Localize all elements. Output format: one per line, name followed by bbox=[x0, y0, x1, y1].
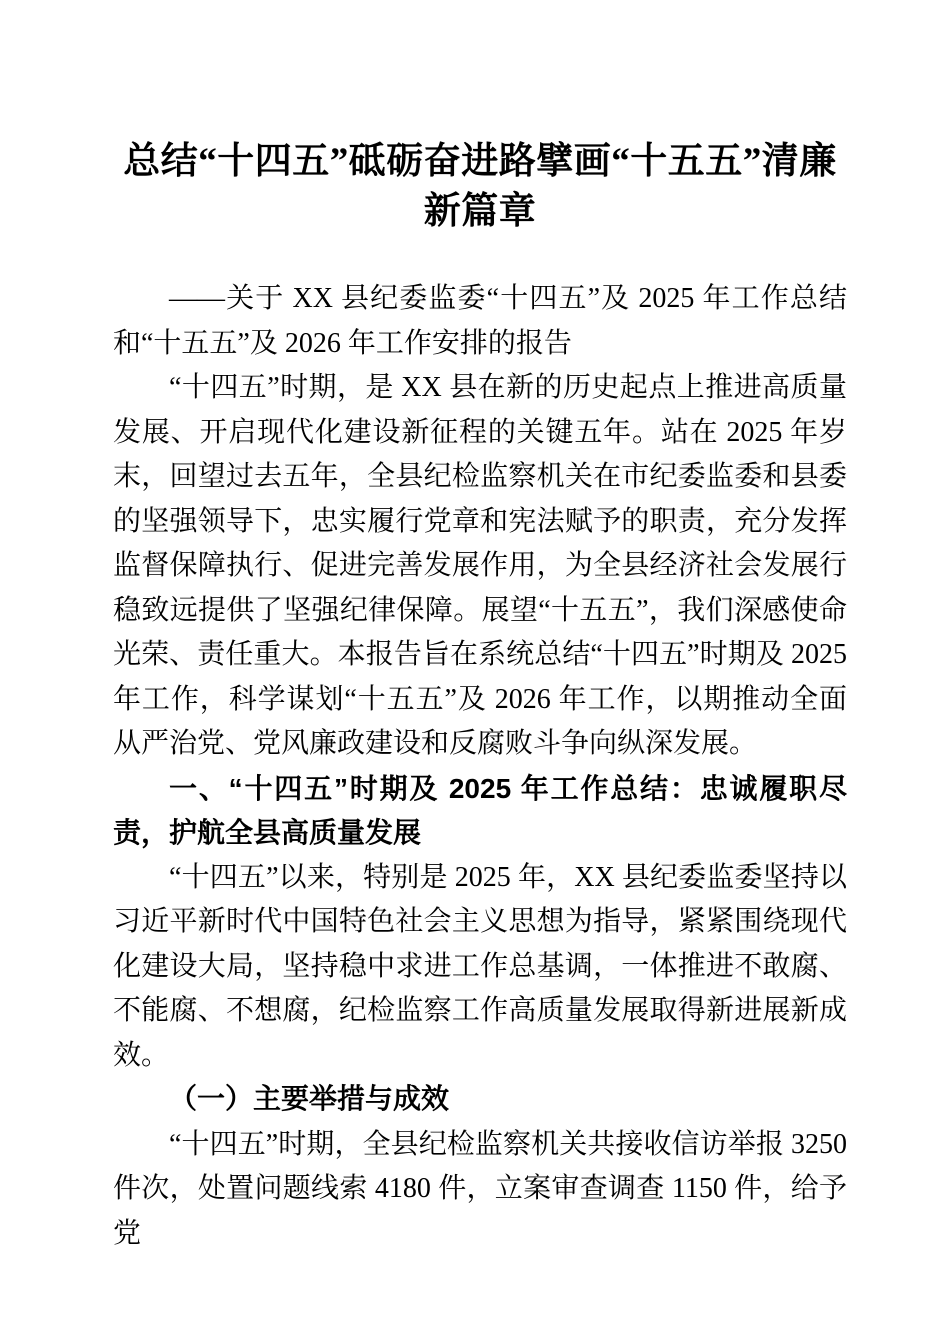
document-page: 总结“十四五”砥砺奋进路擘画“十五五”清廉新篇章 ——关于 XX 县纪委监委“十… bbox=[0, 0, 950, 1344]
paragraph-section-overview: “十四五”以来，特别是 2025 年，XX 县纪委监委坚持以习近平新时代中国特色… bbox=[113, 856, 847, 1079]
subsection-heading-measures: （一）主要举措与成效 bbox=[113, 1078, 847, 1123]
section-heading-part-one: 一、“十四五”时期及 2025 年工作总结：忠诚履职尽责，护航全县高质量发展 bbox=[113, 767, 847, 856]
paragraph-achievement-statistics: “十四五”时期，全县纪检监察机关共接收信访举报 3250 件次，处置问题线索 4… bbox=[113, 1123, 847, 1257]
paragraph-intro: “十四五”时期，是 XX 县在新的历史起点上推进高质量发展、开启现代化建设新征程… bbox=[113, 366, 847, 767]
document-title: 总结“十四五”砥砺奋进路擘画“十五五”清廉新篇章 bbox=[113, 137, 847, 237]
document-subtitle: ——关于 XX 县纪委监委“十四五”及 2025 年工作总结和“十五五”及 20… bbox=[113, 277, 847, 366]
